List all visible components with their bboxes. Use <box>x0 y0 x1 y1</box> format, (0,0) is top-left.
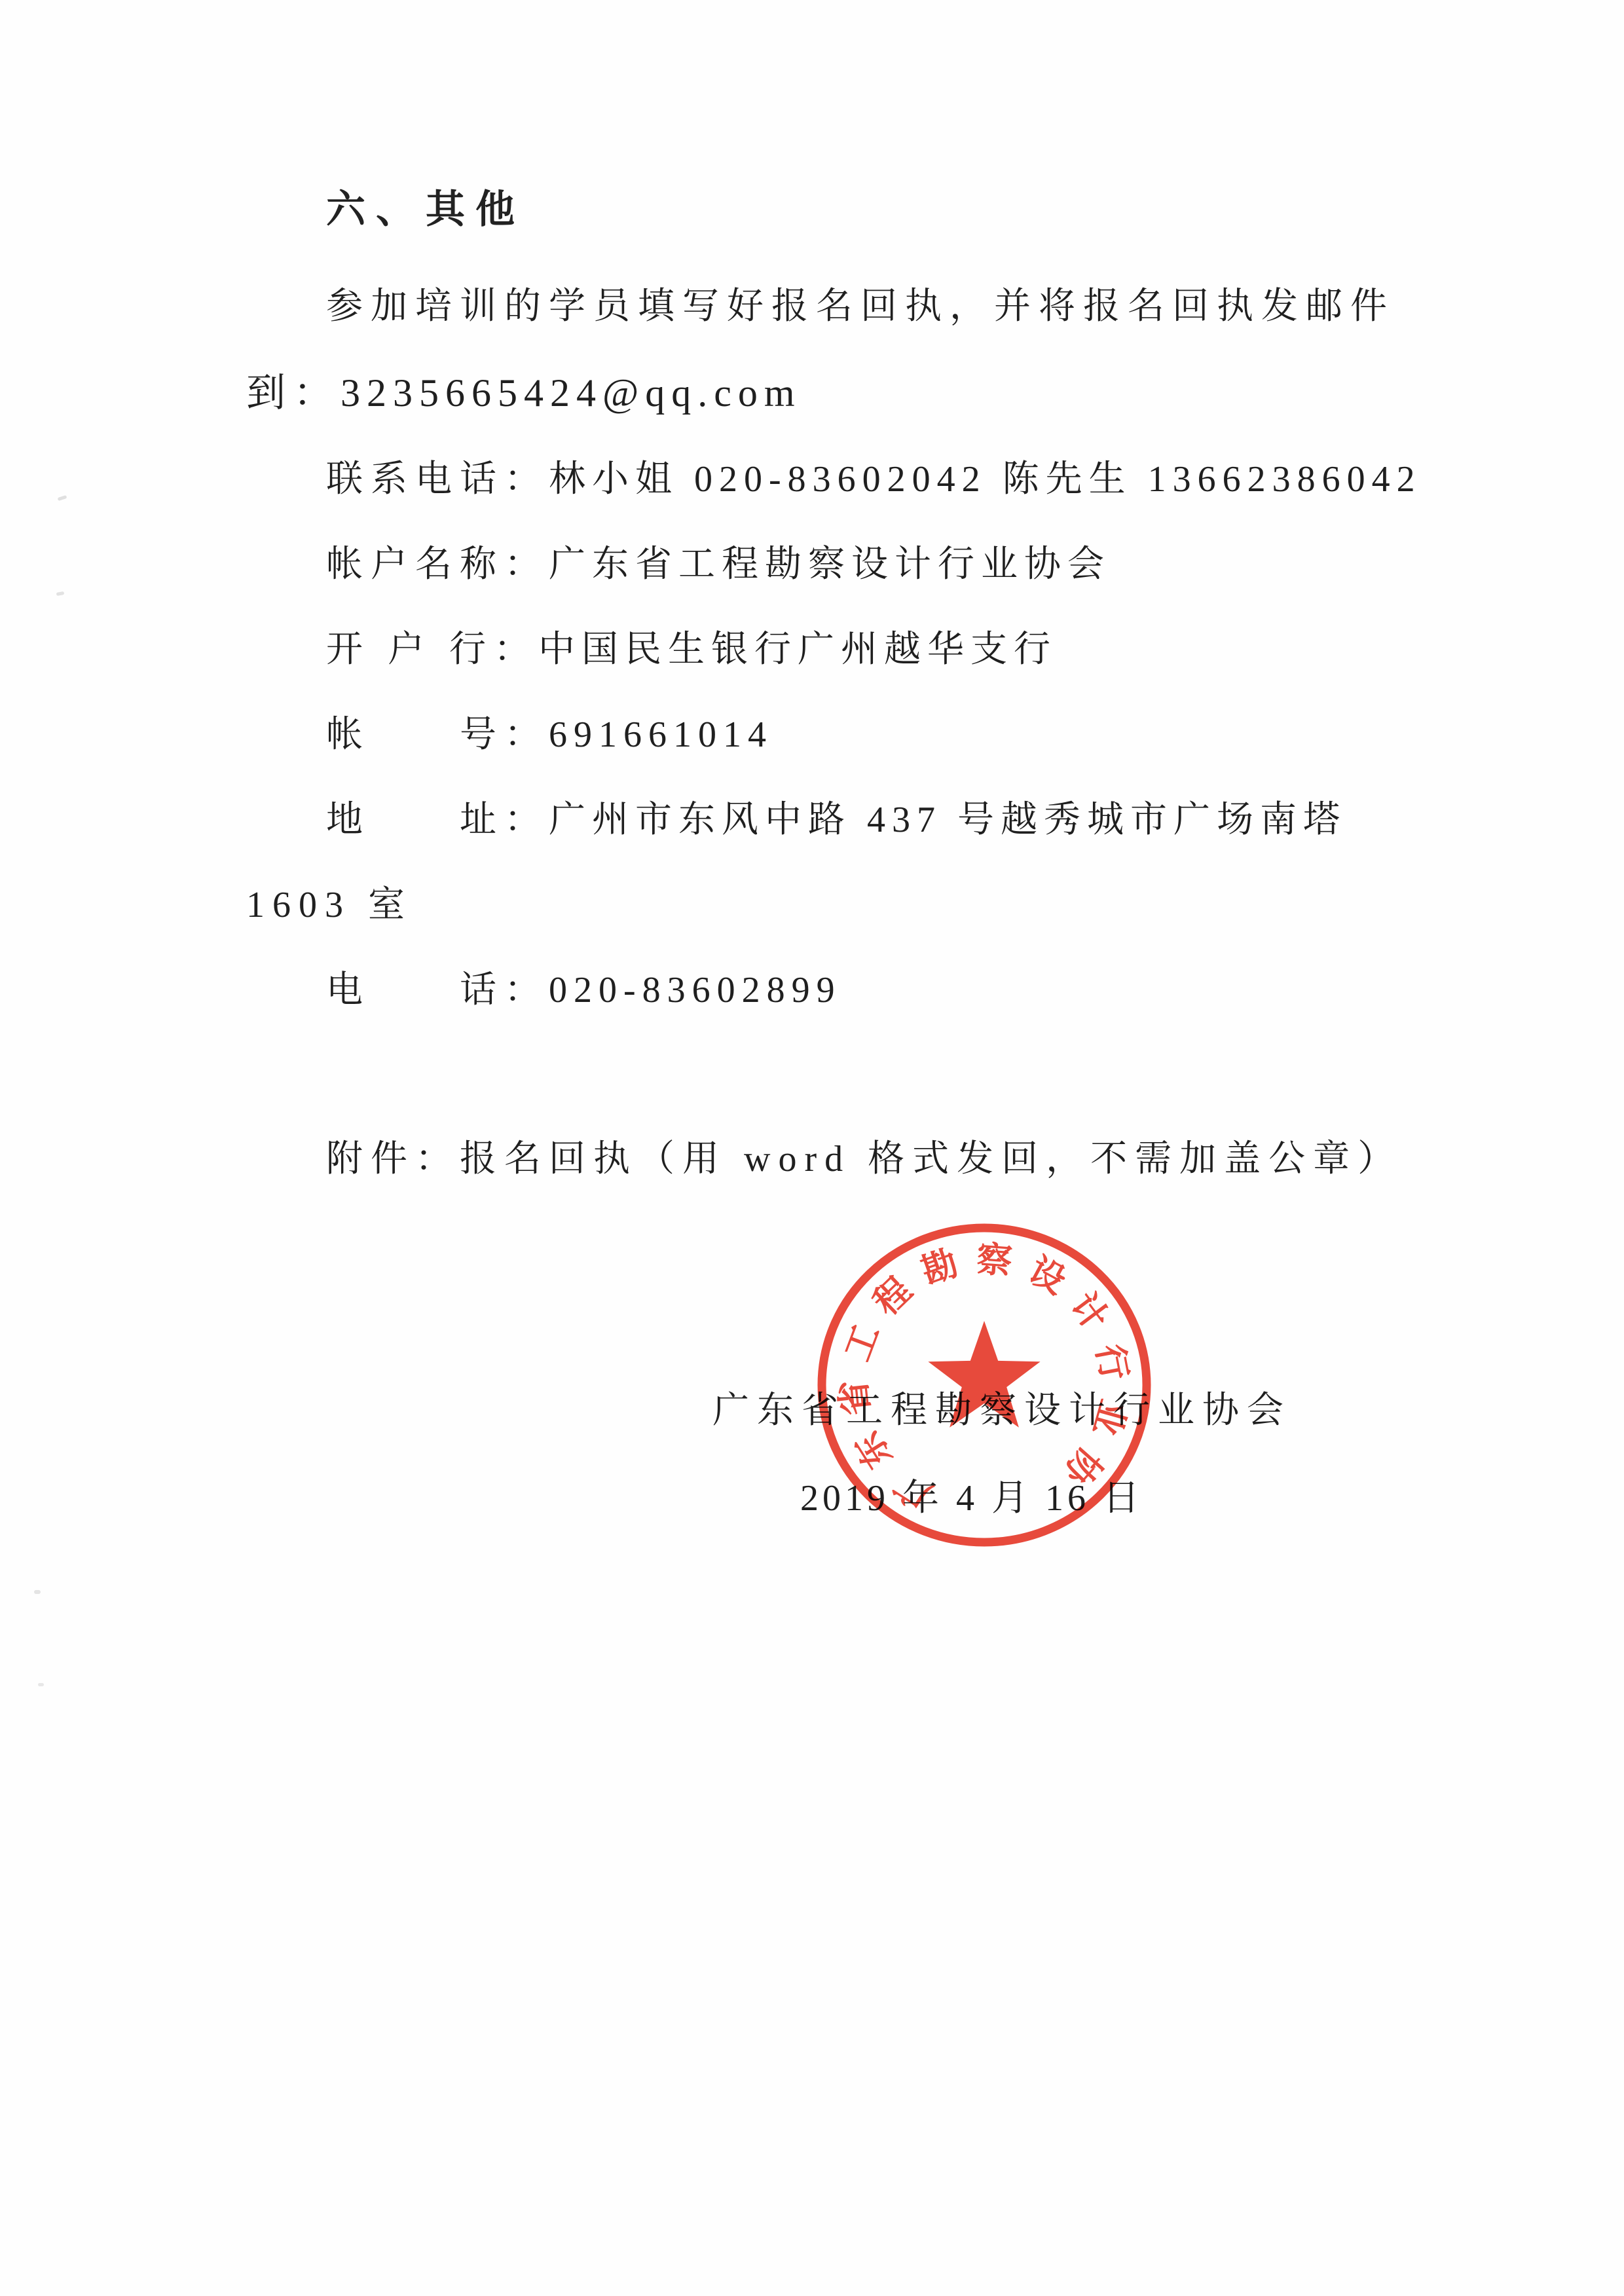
scan-artifact <box>38 1683 44 1686</box>
scan-artifact <box>56 591 65 596</box>
intro-line-2: 到：3235665424@qq.com <box>246 371 802 416</box>
account-number-label: 帐 号： <box>326 714 549 755</box>
bank-value: 中国民生银行广州越华支行 <box>538 629 1057 670</box>
account-name-value: 广东省工程勘察设计行业协会 <box>549 544 1111 585</box>
email-prefix: 到： <box>246 371 341 415</box>
official-seal: 广东省工程勘察设计行业协会 <box>801 1208 1168 1562</box>
account-name-row: 帐户名称：广东省工程勘察设计行业协会 <box>326 544 1111 585</box>
intro-line-1: 参加培训的学员填写好报名回执，并将报名回执发邮件 <box>326 286 1395 327</box>
bank-label: 开 户 行： <box>326 629 538 670</box>
phone-row: 电 话：020-83602899 <box>326 969 841 1011</box>
contact-phone-label: 联系电话： <box>326 459 549 500</box>
address-value: 广州市东风中路 437 号越秀城市广场南塔 <box>549 800 1346 840</box>
scan-artifact <box>58 495 67 501</box>
phone-value: 020-83602899 <box>549 970 841 1010</box>
account-number-row: 帐 号：691661014 <box>326 714 773 756</box>
seal-star-icon <box>928 1321 1040 1428</box>
email-address: 3235665424@qq.com <box>341 371 802 415</box>
scan-artifact <box>34 1590 41 1594</box>
contact-phone-value: 林小姐 020-83602042 陈先生 13662386042 <box>549 459 1422 500</box>
phone-label: 电 话： <box>326 970 549 1010</box>
section-heading: 六、其他 <box>326 190 525 229</box>
bank-row: 开 户 行：中国民生银行广州越华支行 <box>326 629 1057 671</box>
attachment-line: 附件：报名回执（用 word 格式发回，不需加盖公章） <box>326 1138 1402 1180</box>
account-name-label: 帐户名称： <box>326 544 549 585</box>
contact-phone-row: 联系电话：林小姐 020-83602042 陈先生 13662386042 <box>326 458 1422 500</box>
address-overflow-line: 1603 室 <box>246 884 413 926</box>
account-number-value: 691661014 <box>549 714 773 755</box>
address-label: 地 址： <box>326 800 549 840</box>
document-page: 六、其他 参加培训的学员填写好报名回执，并将报名回执发邮件 到：32356654… <box>0 0 1624 2296</box>
address-row: 地 址：广州市东风中路 437 号越秀城市广场南塔 <box>326 799 1346 841</box>
